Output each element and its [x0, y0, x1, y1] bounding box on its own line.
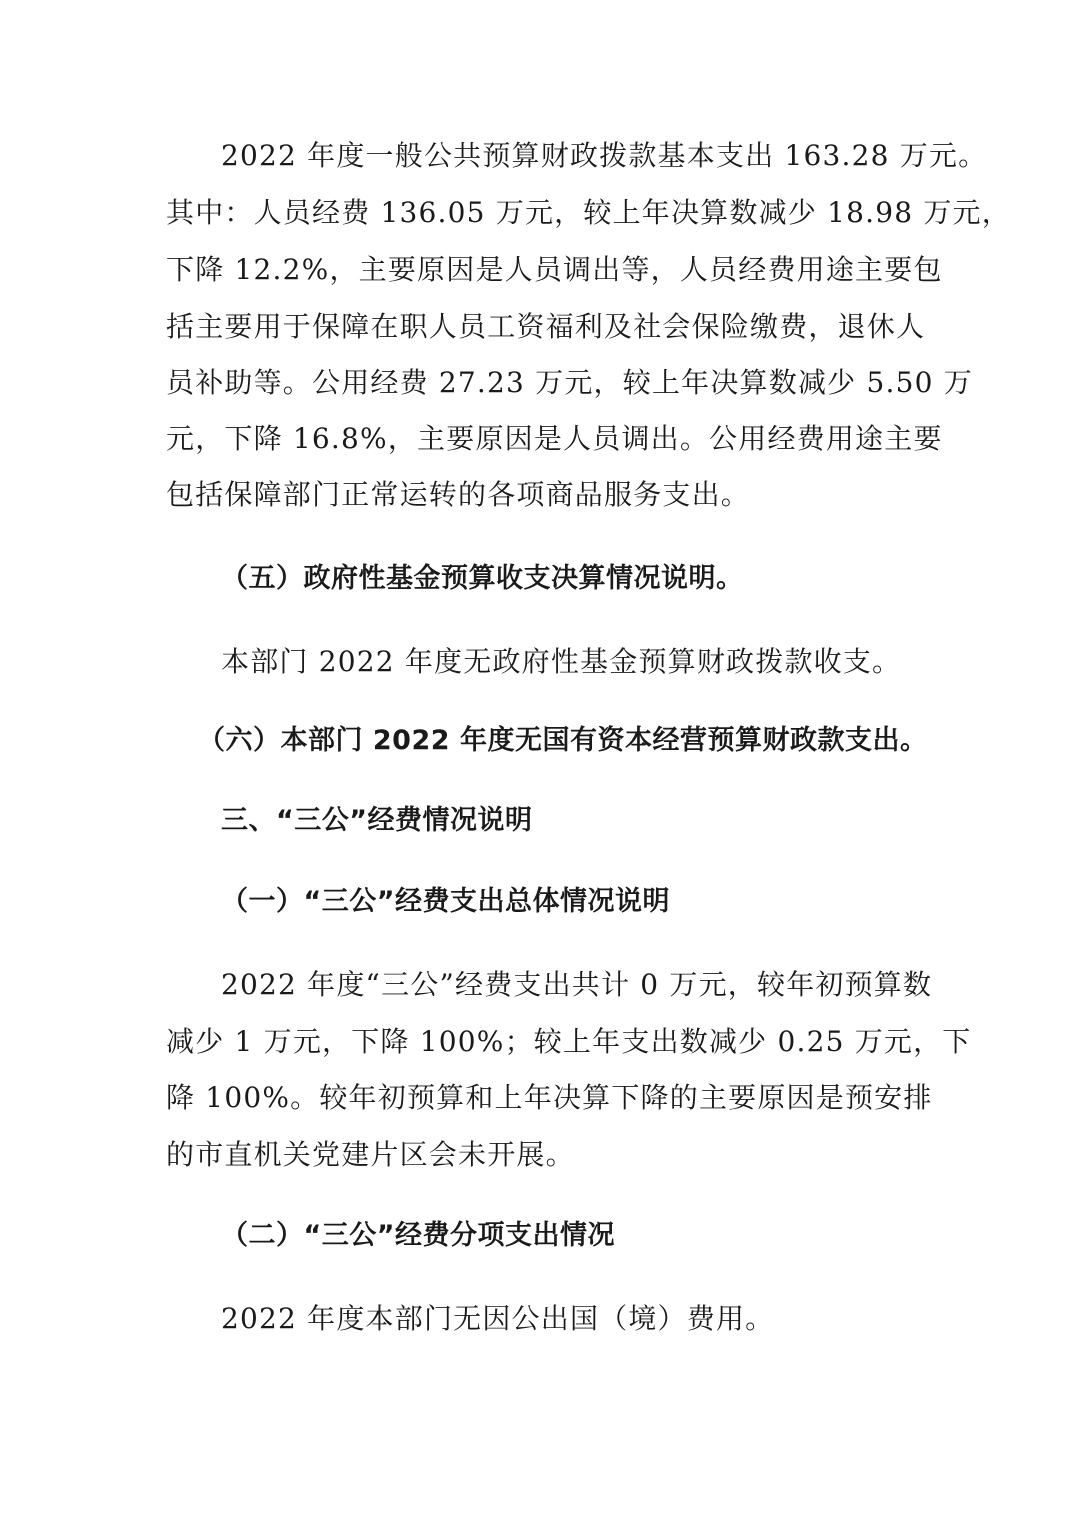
paragraph-three-public-line-2: 减少 1 万元，下降 100%；较上年支出数减少 0.25 万元，下 [166, 1024, 911, 1060]
heading-three-public-overall: （一）“三公”经费支出总体情况说明 [221, 884, 966, 920]
paragraph-three-public-line-1: 2022 年度“三公”经费支出共计 0 万元，较年初预算数 [221, 967, 911, 1003]
paragraph-overseas: 2022 年度本部门无因公出国（境）费用。 [221, 1301, 966, 1337]
heading-three-public-itemized: （二）“三公”经费分项支出情况 [221, 1218, 966, 1254]
heading-gov-fund: （五）政府性基金预算收支决算情况说明。 [221, 561, 966, 597]
paragraph-basic-expenditure-line-5: 员补助等。公用经费 27.23 万元，较上年决算数减少 5.50 万 [166, 365, 911, 401]
paragraph-three-public-line-4: 的市直机关党建片区会未开展。 [166, 1137, 911, 1173]
paragraph-basic-expenditure-line-4: 括主要用于保障在职人员工资福利及社会保险缴费，退休人 [166, 309, 911, 345]
document-page: 2022 年度一般公共预算财政拨款基本支出 163.28 万元。 其中：人员经费… [0, 0, 1075, 1521]
paragraph-three-public-line-3: 降 100%。较年初预算和上年决算下降的主要原因是预安排 [166, 1080, 911, 1116]
paragraph-gov-fund: 本部门 2022 年度无政府性基金预算财政拨款收支。 [221, 644, 966, 680]
paragraph-basic-expenditure-line-7: 包括保障部门正常运转的各项商品服务支出。 [166, 477, 911, 513]
heading-state-capital: （六）本部门 2022 年度无国有资本经营预算财政款支出。 [198, 723, 943, 759]
paragraph-basic-expenditure-line-6: 元，下降 16.8%，主要原因是人员调出。公用经费用途主要 [166, 421, 911, 457]
paragraph-basic-expenditure-line-1: 2022 年度一般公共预算财政拨款基本支出 163.28 万元。 [221, 138, 966, 174]
paragraph-basic-expenditure-line-2: 其中：人员经费 136.05 万元，较上年决算数减少 18.98 万元， [166, 195, 911, 231]
paragraph-basic-expenditure-line-3: 下降 12.2%，主要原因是人员调出等，人员经费用途主要包 [166, 252, 911, 288]
heading-section-three-public: 三、“三公”经费情况说明 [221, 803, 966, 839]
